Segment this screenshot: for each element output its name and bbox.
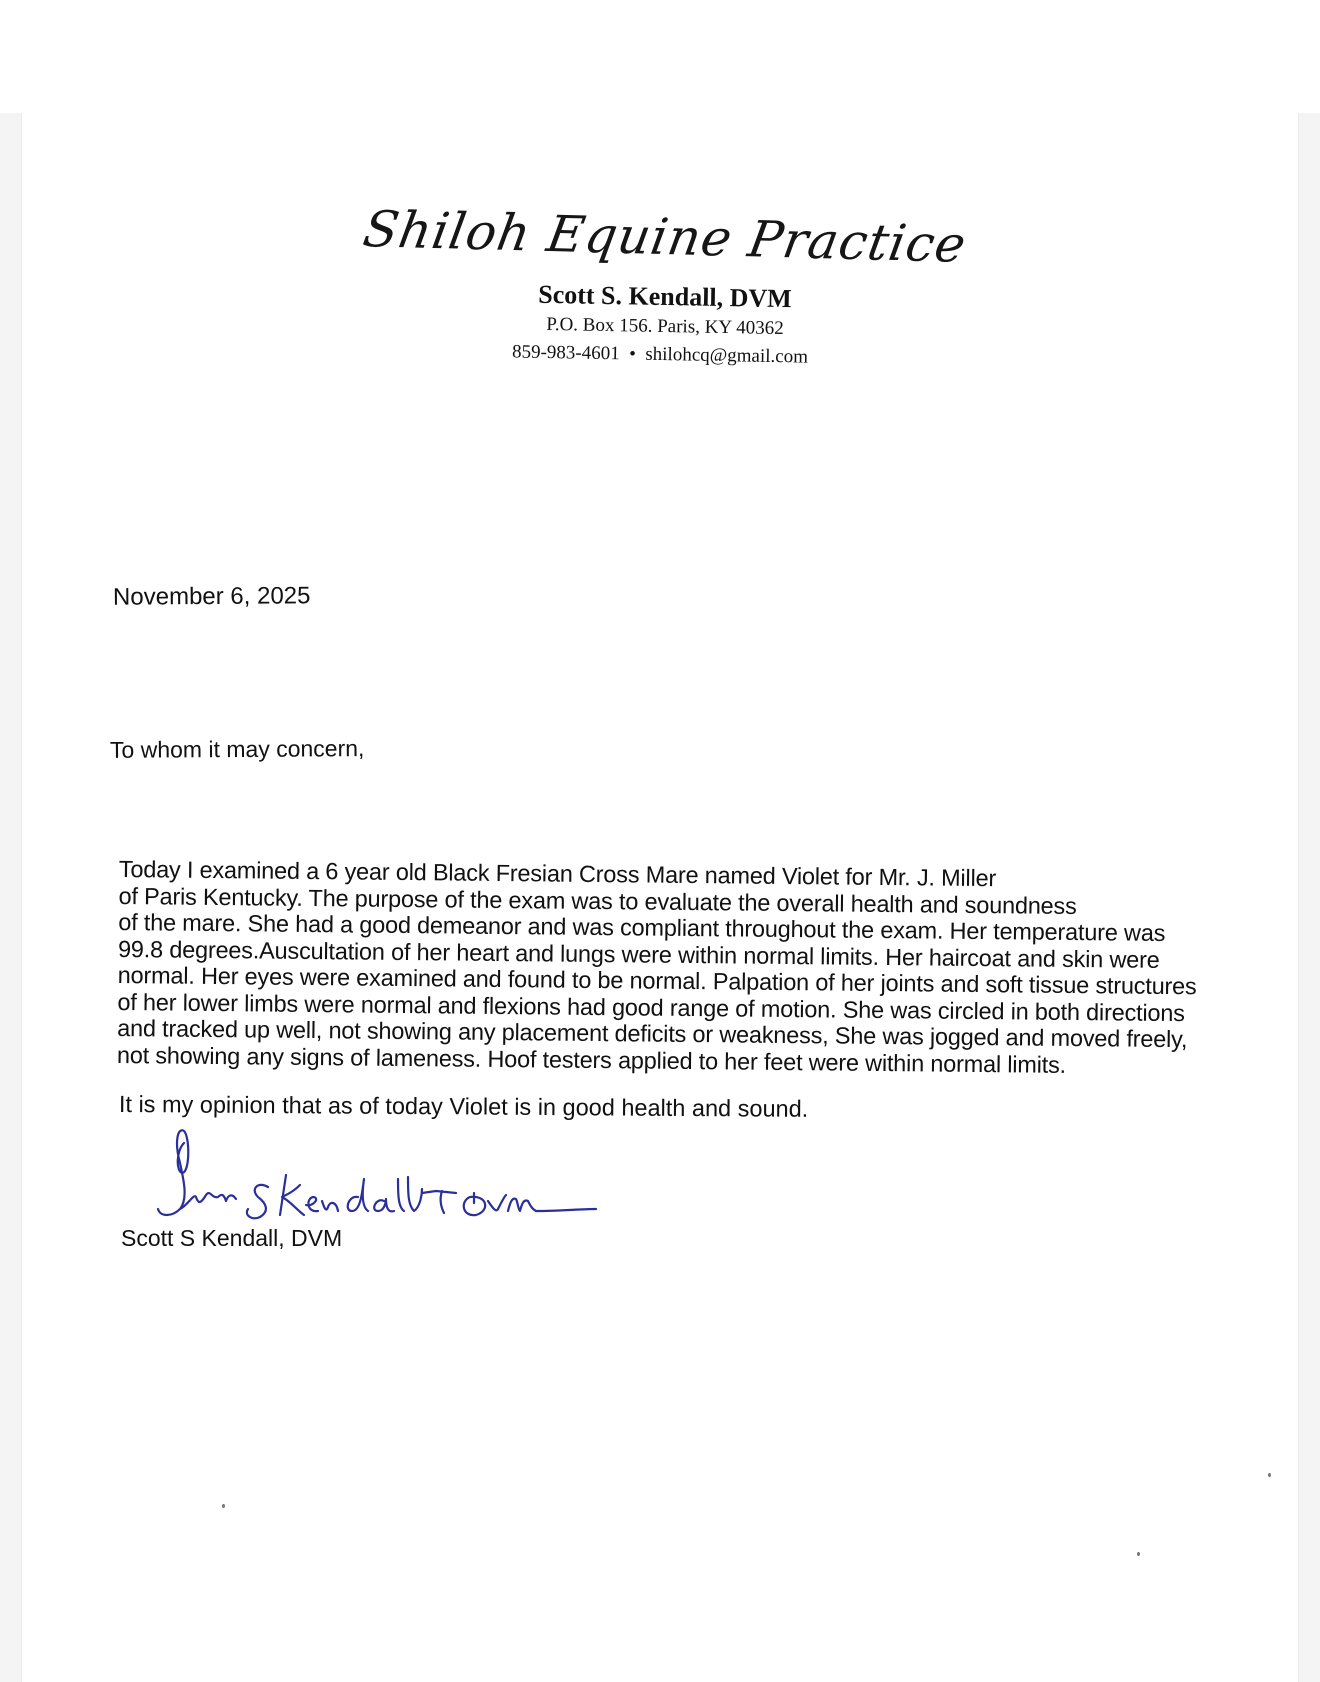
practice-phone: 859-983-4601 [512, 341, 620, 364]
practice-email: shilohcq@gmail.com [645, 344, 808, 368]
salutation: To whom it may concern, [110, 735, 365, 764]
scan-speck [222, 1504, 225, 1508]
bullet-separator-icon: • [629, 343, 636, 364]
handwritten-signature [140, 1123, 600, 1223]
letter-body: Today I examined a 6 year old Black Fres… [117, 856, 1320, 1081]
scan-speck [1137, 1552, 1140, 1556]
scan-speck [1268, 1473, 1271, 1477]
signer-name: Scott S Kendall, DVM [121, 1225, 342, 1252]
letter-page: Shiloh Equine Practice Scott S. Kendall,… [22, 113, 1298, 1682]
letter-date: November 6, 2025 [113, 582, 311, 611]
closing-statement: It is my opinion that as of today Violet… [119, 1091, 809, 1123]
page-gutter-left [0, 113, 22, 1682]
letterhead: Shiloh Equine Practice Scott S. Kendall,… [22, 208, 1298, 366]
practice-name: Shiloh Equine Practice [359, 200, 971, 274]
